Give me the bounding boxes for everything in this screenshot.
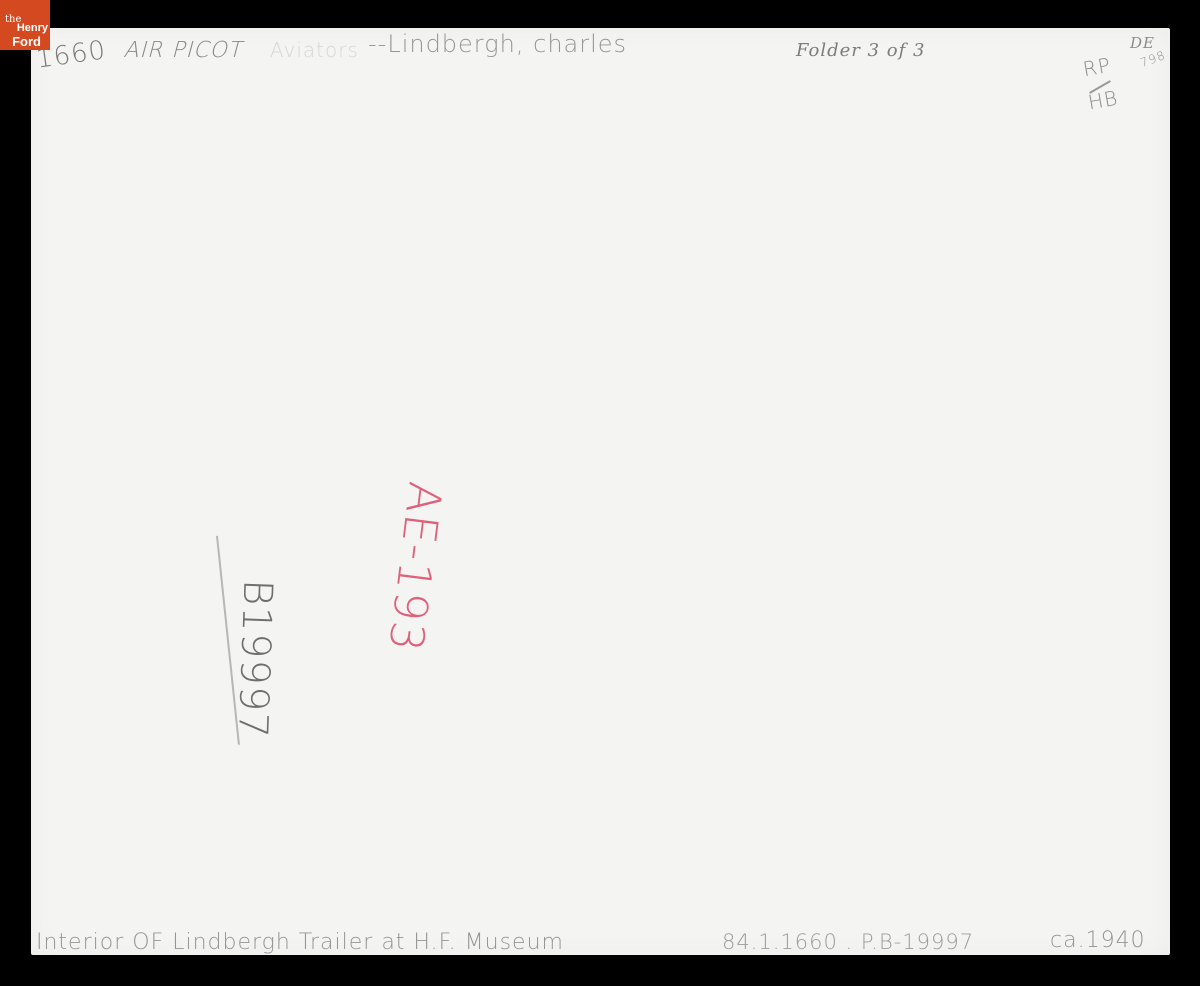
logo-henry: Henry xyxy=(17,22,48,34)
initials-de: DE xyxy=(1130,34,1155,52)
erased-aviators: Aviators xyxy=(270,38,359,62)
photo-back-paper xyxy=(31,28,1170,955)
logo-ford: Ford xyxy=(12,34,41,49)
initials-hb: HB xyxy=(1086,86,1120,115)
initials-rp: RP xyxy=(1081,53,1113,81)
date-label: ca.1940 xyxy=(1050,928,1146,953)
folder-label: Folder 3 of 3 xyxy=(796,40,925,61)
negative-number: B19997 xyxy=(229,579,281,740)
caption-text: Interior OF Lindbergh Trailer at H.F. Mu… xyxy=(36,930,564,955)
subject-lindbergh: --Lindbergh, charles xyxy=(368,30,627,58)
henry-ford-logo: the Henry Ford xyxy=(0,0,50,50)
accession-number: 84.1.1660 . P.B-19997 xyxy=(722,930,974,954)
subject-air-pilot: AIR PICOT xyxy=(122,38,247,63)
